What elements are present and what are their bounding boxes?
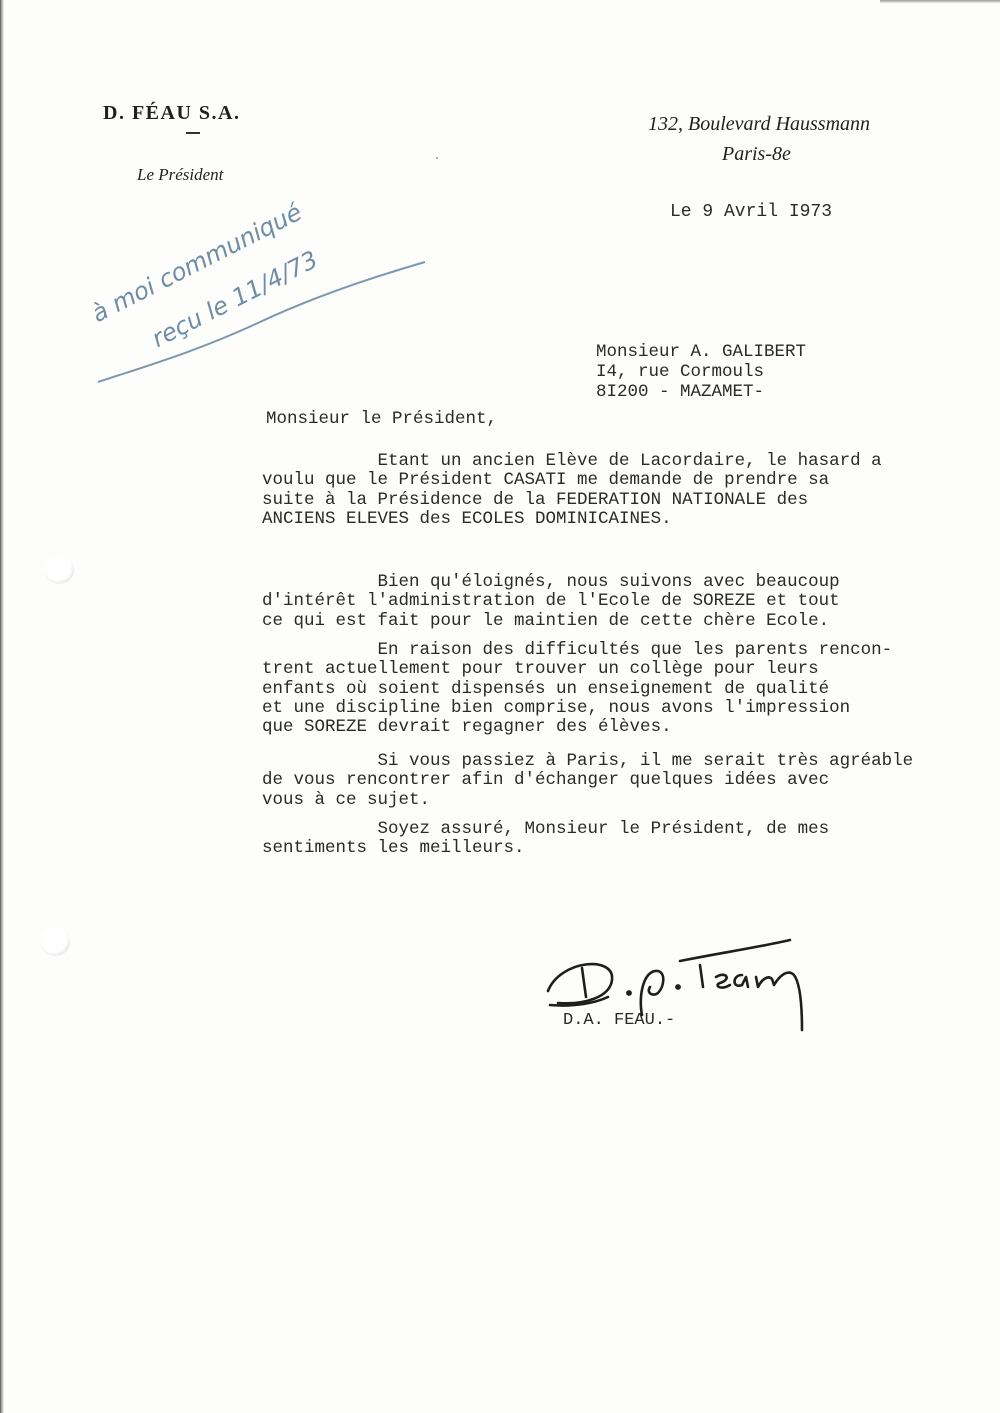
page-edge (0, 0, 4, 1413)
page-edge-top (880, 0, 1000, 3)
typed-signature-name: D.A. FEAU.- (563, 1011, 675, 1030)
salutation: Monsieur le Président, (266, 409, 497, 429)
body-paragraph: Etant un ancien Elève de Lacordaire, le … (262, 452, 982, 529)
body-paragraph: Si vous passiez à Paris, il me serait tr… (262, 752, 982, 810)
letterhead-address-line1: 132, Boulevard Haussmann (648, 113, 870, 136)
letter-date: Le 9 Avril I973 (670, 202, 832, 222)
body-paragraph: En raison des difficultés que les parent… (262, 641, 982, 737)
annotation-underline (90, 260, 430, 390)
recipient-street: I4, rue Cormouls (596, 362, 764, 382)
recipient-block: Monsieur A. GALIBERT I4, rue Cormouls 8I… (596, 342, 806, 402)
body-paragraph: Soyez assuré, Monsieur le Président, de … (262, 820, 982, 859)
letterhead-address-line2: Paris-8e (722, 143, 791, 166)
punch-hole-bottom (40, 928, 70, 956)
company-name: D. FÉAU S.A. (103, 102, 240, 125)
recipient-city: 8I200 - MAZAMET- (596, 382, 764, 402)
body-paragraph: Bien qu'éloignés, nous suivons avec beau… (262, 573, 982, 631)
punch-hole-top (44, 556, 74, 584)
recipient-name: Monsieur A. GALIBERT (596, 342, 806, 362)
